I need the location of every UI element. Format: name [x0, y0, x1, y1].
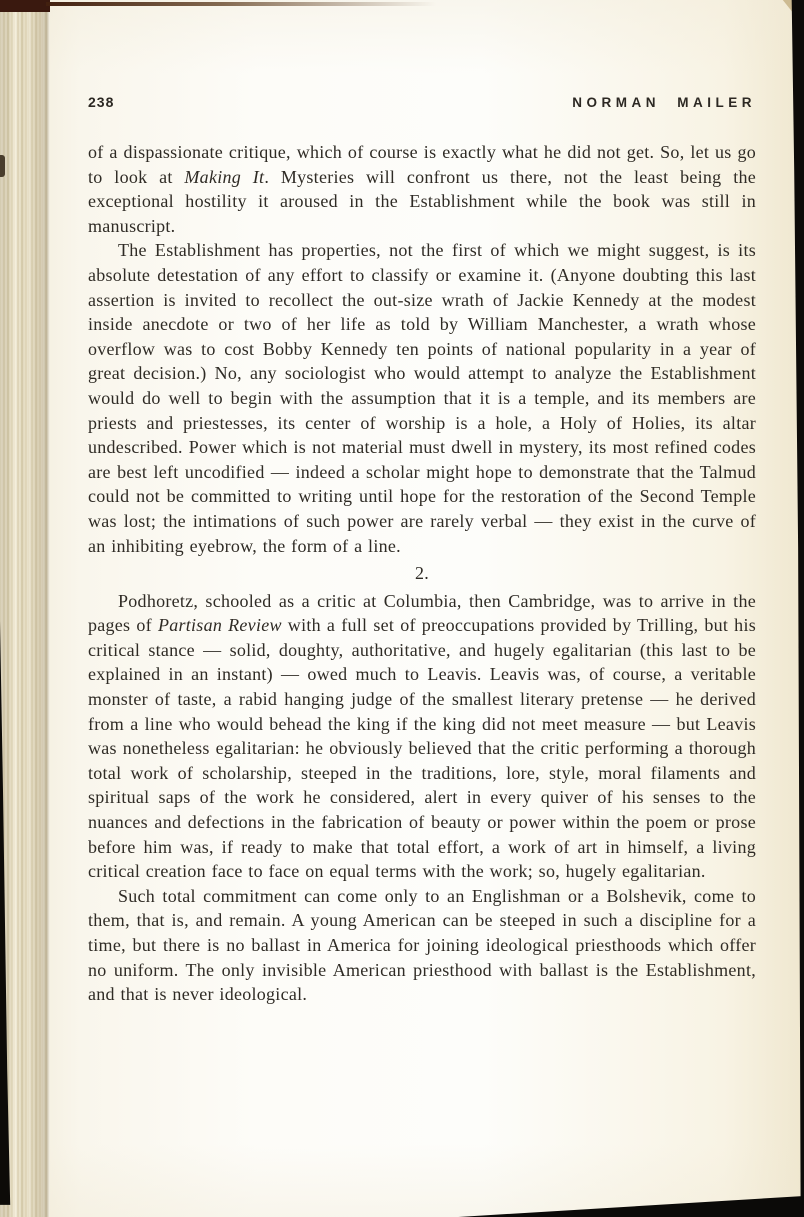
paragraph: of a dispassionate critique, which of co…: [88, 140, 756, 238]
book-spine-edge: [0, 0, 50, 1217]
paragraph: Such total commitment can come only to a…: [88, 884, 756, 1007]
bottom-scan-edge: [0, 1189, 804, 1217]
running-head: 238 NORMAN MAILER: [88, 94, 756, 110]
top-edge-line: [46, 2, 436, 6]
book-page-scan: 238 NORMAN MAILER of a dispassionate cri…: [0, 0, 804, 1217]
text-column: of a dispassionate critique, which of co…: [88, 140, 756, 1007]
running-header-title: NORMAN MAILER: [572, 95, 756, 110]
right-scan-edge: [790, 0, 804, 1217]
top-maroon-bar: [0, 0, 50, 12]
section-heading: 2.: [88, 561, 756, 586]
top-right-scan-wedge: [778, 0, 794, 14]
left-edge-notch: [0, 155, 5, 177]
page-number: 238: [88, 94, 114, 110]
paragraph: Podhoretz, schooled as a critic at Colum…: [88, 589, 756, 884]
paragraph: The Establishment has properties, not th…: [88, 238, 756, 558]
